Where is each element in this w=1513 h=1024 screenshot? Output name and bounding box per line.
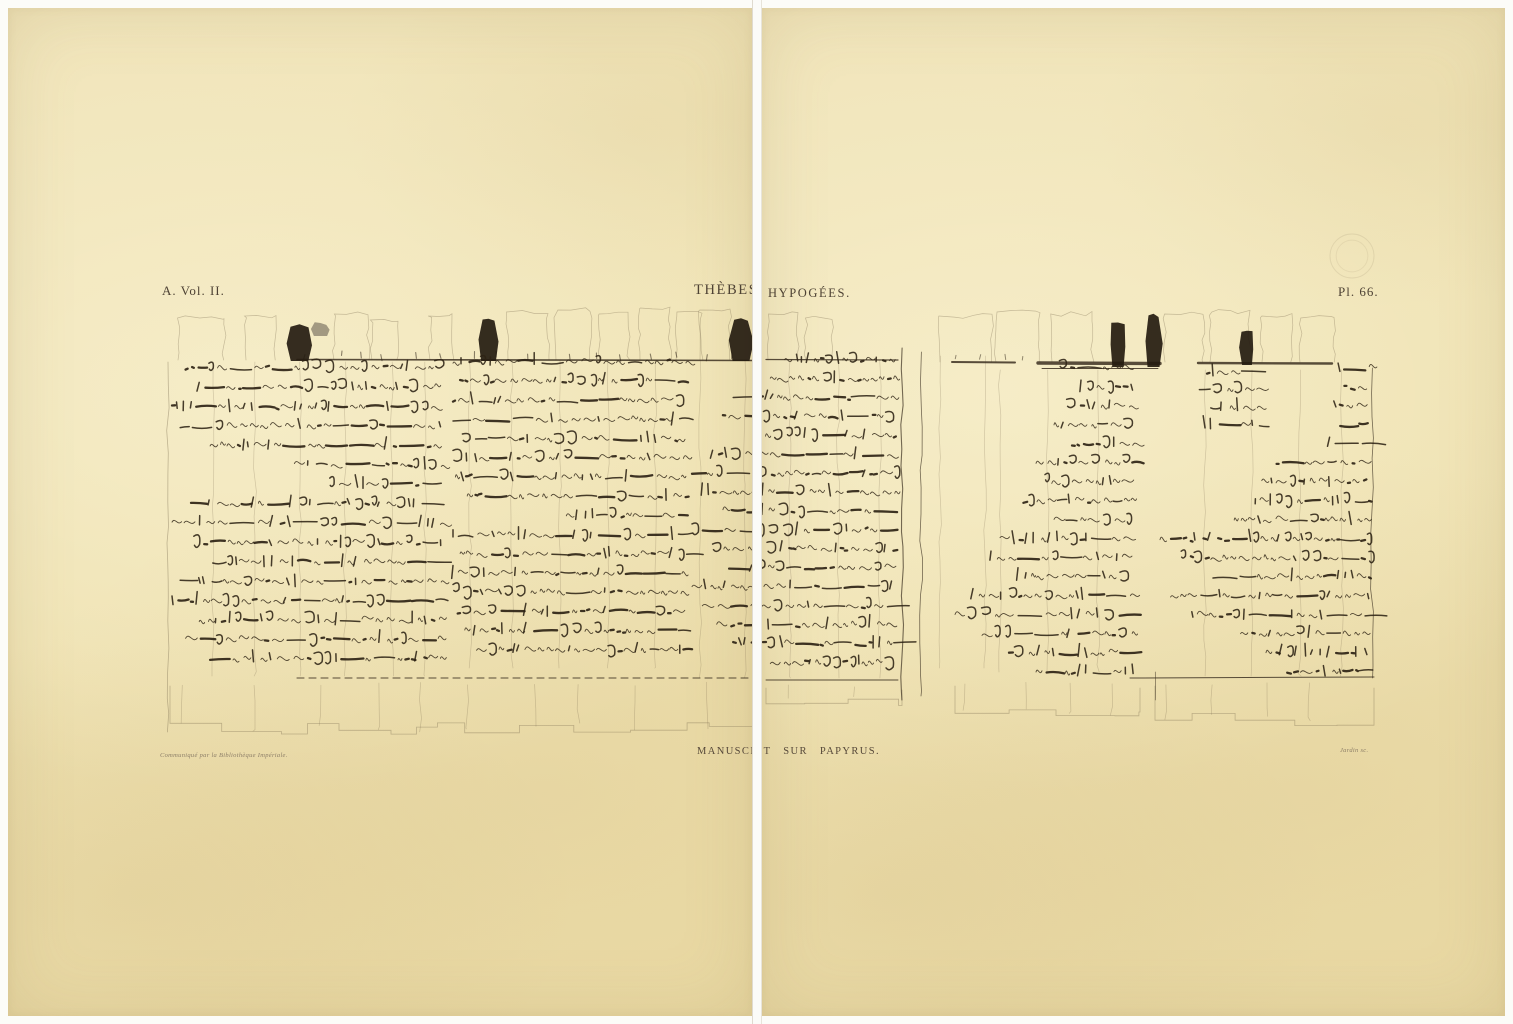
embossed-stamp — [1336, 240, 1368, 272]
scanned-plate-sheet: A. Vol. II. THÈBES. HYPOGÉES. Pl. 66. MA… — [0, 0, 1513, 1024]
hieratic-block-left-column-2 — [452, 353, 703, 657]
volume-label: A. Vol. II. — [162, 283, 225, 299]
plate-caption: MANUSCRIT SUR PAPYRUS. — [697, 746, 880, 757]
page-gutter — [752, 0, 762, 1024]
hieratic-block-right-column-2-head — [1199, 364, 1269, 429]
source-credit: Communiqué par la Bibliothèque Impériale… — [160, 752, 288, 759]
hieratic-block-right-column-2 — [1160, 363, 1387, 676]
plate-title-secondary: HYPOGÉES. — [768, 286, 851, 301]
hieratic-block-right-column-1 — [955, 360, 1144, 676]
plate-number: Pl. 66. — [1338, 284, 1379, 300]
hieratic-block-gutter-column — [692, 352, 916, 670]
engraver-credit: Jardin sc. — [1340, 747, 1368, 754]
